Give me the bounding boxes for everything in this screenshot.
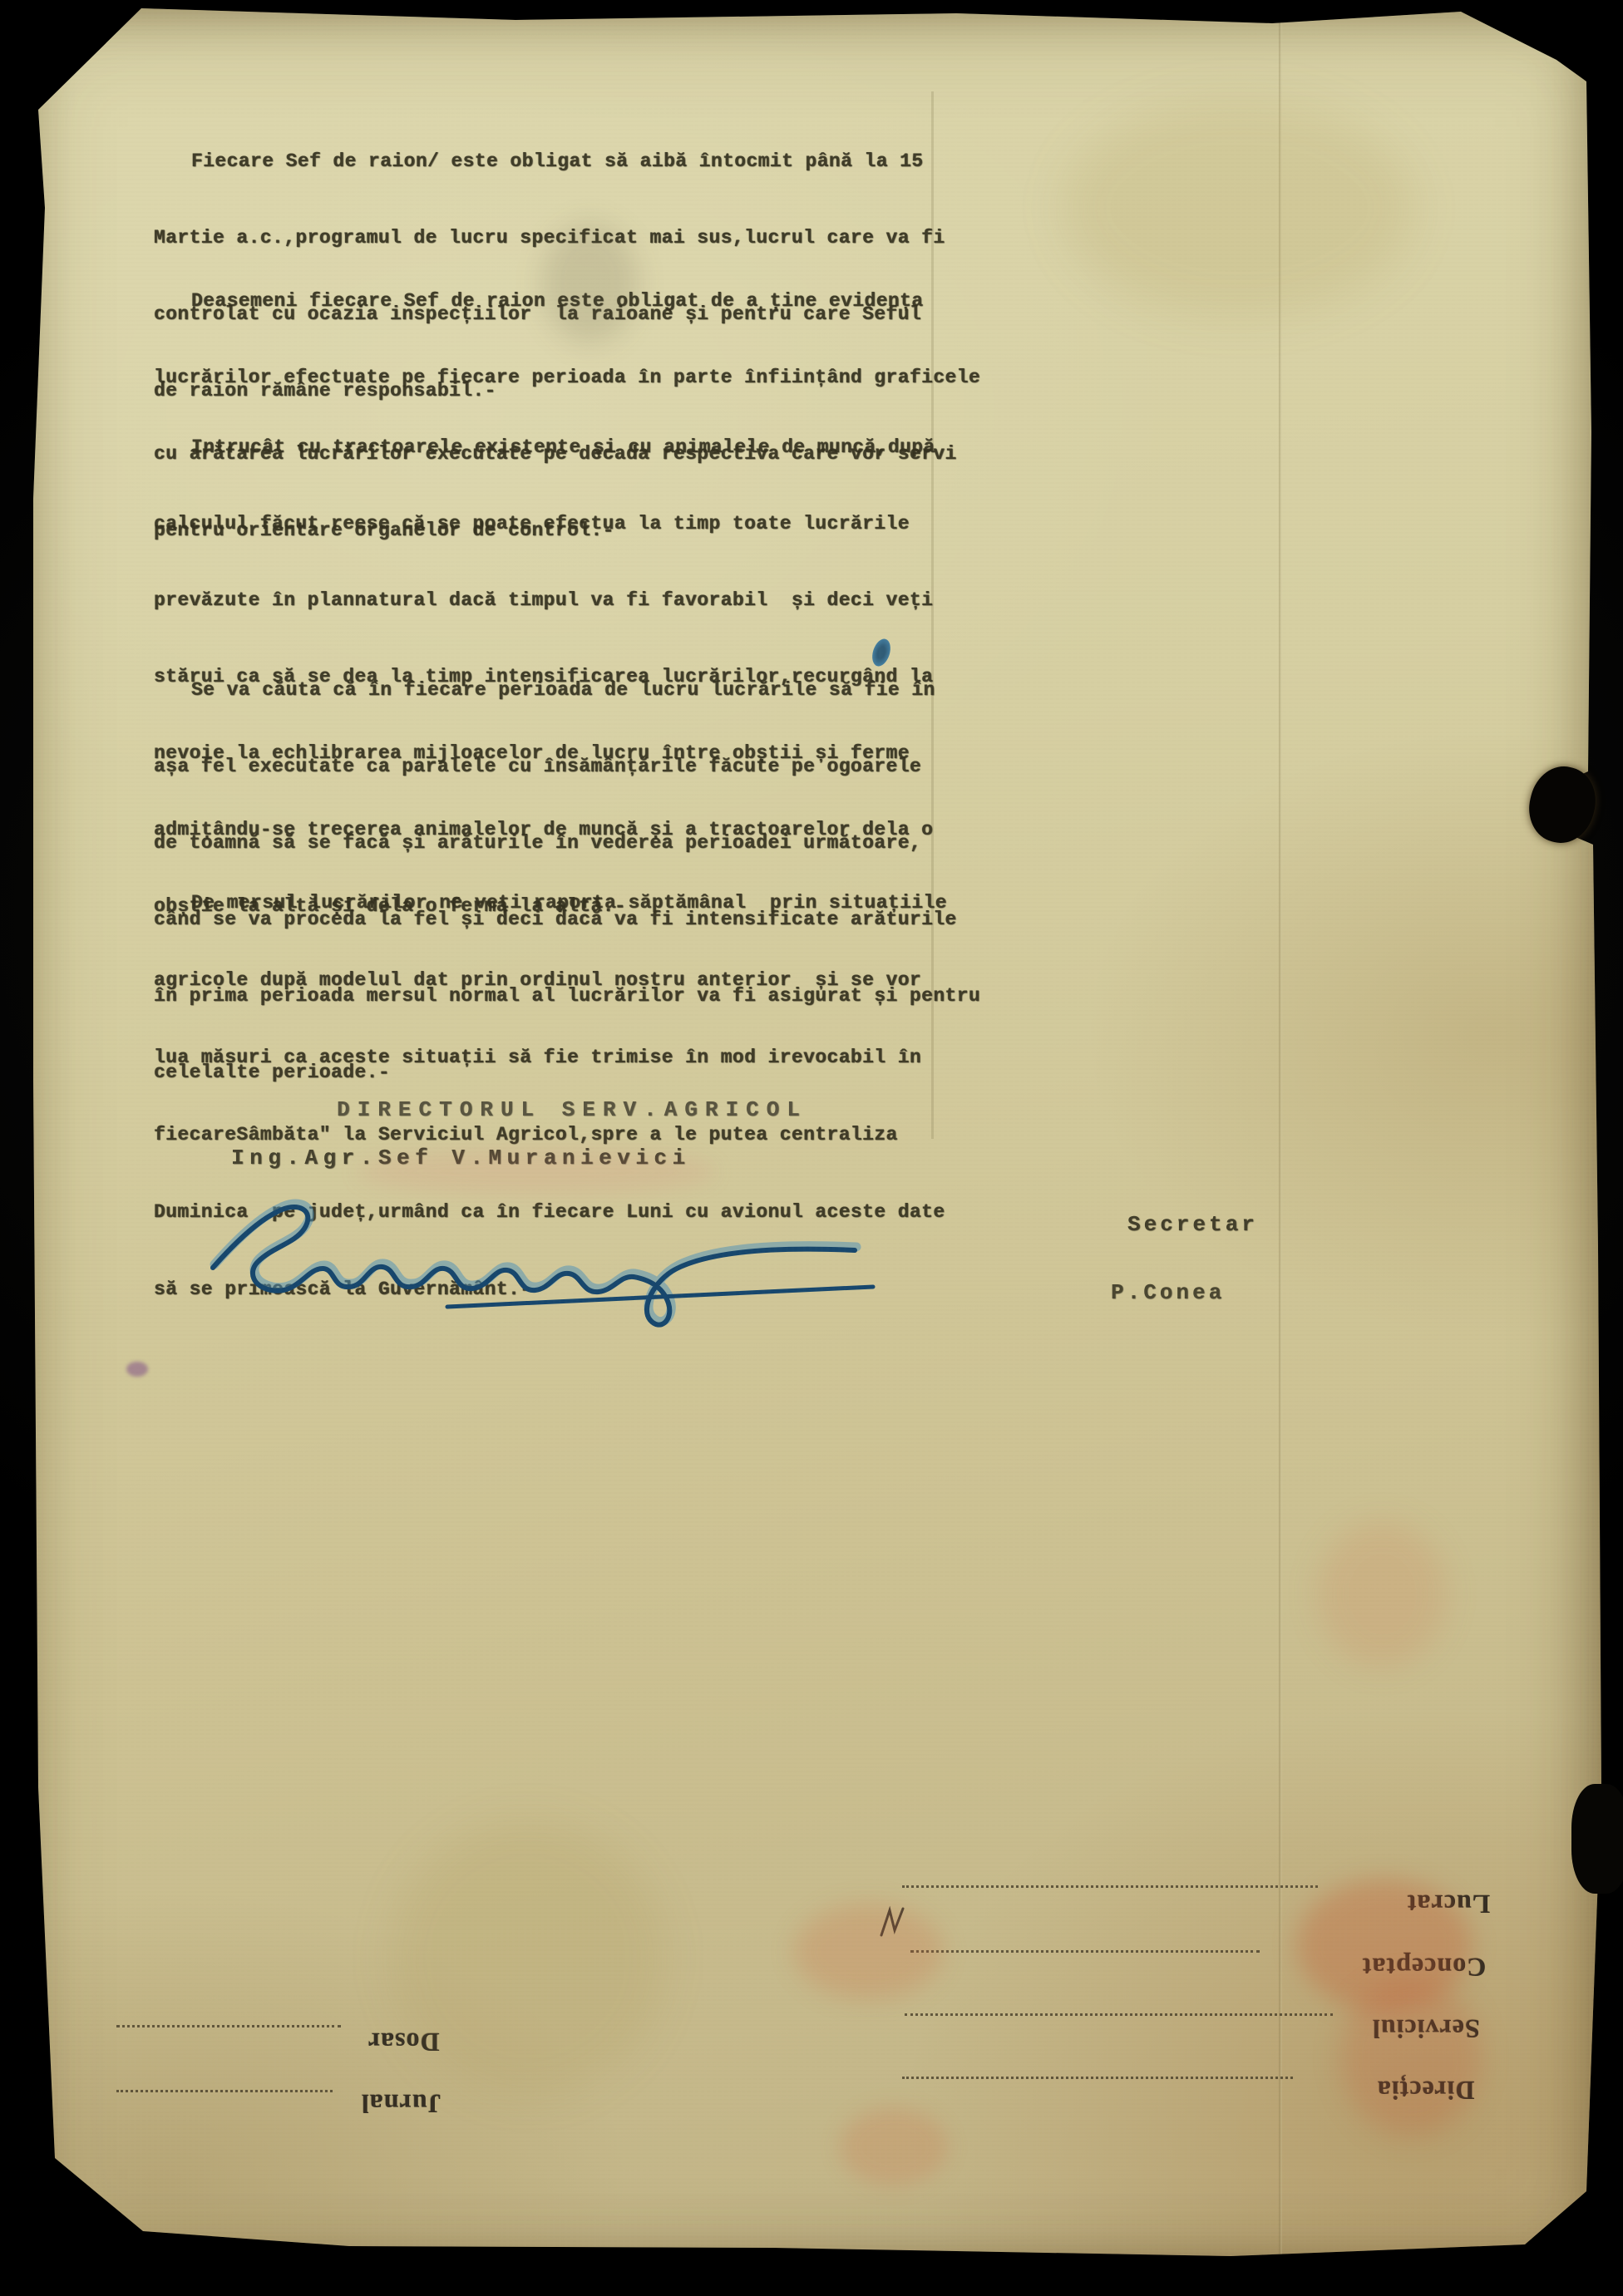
secretary-name: P.Conea [1111,1280,1225,1305]
text-line: agricole după modelul dat prin ordinul n… [154,963,1002,998]
footer-field-directia: Direcția [1377,2075,1475,2106]
dotted-line [905,2013,1333,2016]
dotted-line [116,2025,341,2027]
dotted-line [116,2090,333,2092]
text-line: Intrucât cu tractoarele existente și cu … [154,431,1002,464]
dotted-line [910,1950,1260,1953]
stain [840,2107,948,2186]
dotted-line [902,1885,1318,1888]
text-line: calculul făcut reese că se poate efectua… [154,507,1002,540]
director-title: DIRECTORUL SERV.AGRICOL [337,1097,807,1122]
text-line: Deasemeni fiecare Sef de raion este obli… [154,284,1002,318]
text-line: prevăzute în plannatural dacă timpul va … [154,584,1002,617]
director-name: Ing.Agr.Sef V.Muranievici [231,1146,691,1170]
text-line: Fiecare Sef de raion/ este obligat să ai… [154,145,1002,178]
signature-graphic [198,1189,880,1330]
footer-field-lucrat: Lucrat [1407,1889,1490,1919]
stain [126,1362,148,1377]
paper-tear [1571,1784,1623,1894]
footer-field-conceptat: Conceptat [1362,1952,1486,1983]
secretary-label: Secretar [1127,1212,1258,1237]
stain [1340,1978,1482,2136]
dotted-line [902,2077,1293,2079]
text-line: așa fel executate ca paralele cu însămân… [154,750,1002,783]
stain [1064,100,1413,316]
scan-background: Fiecare Sef de raion/ este obligat să ai… [0,0,1623,2296]
footer-field-dosar: Dosar [368,2027,440,2057]
pen-mark [878,1905,913,1940]
text-line: De mersul lucrărilor ne veți raporta săp… [154,886,1002,920]
footer-field-serviciul: Serviciul [1372,2013,1480,2044]
document-page: Fiecare Sef de raion/ este obligat să ai… [0,0,1623,2296]
text-line: Se va căuta că în fiecare perioada de lu… [154,673,1002,707]
stain [1318,1521,1447,1667]
footer-field-jurnal: Jurnal [361,2088,442,2119]
fold-crease [1279,0,1282,2296]
text-line: lua măsuri ca aceste situații să fie tri… [154,1041,1002,1075]
